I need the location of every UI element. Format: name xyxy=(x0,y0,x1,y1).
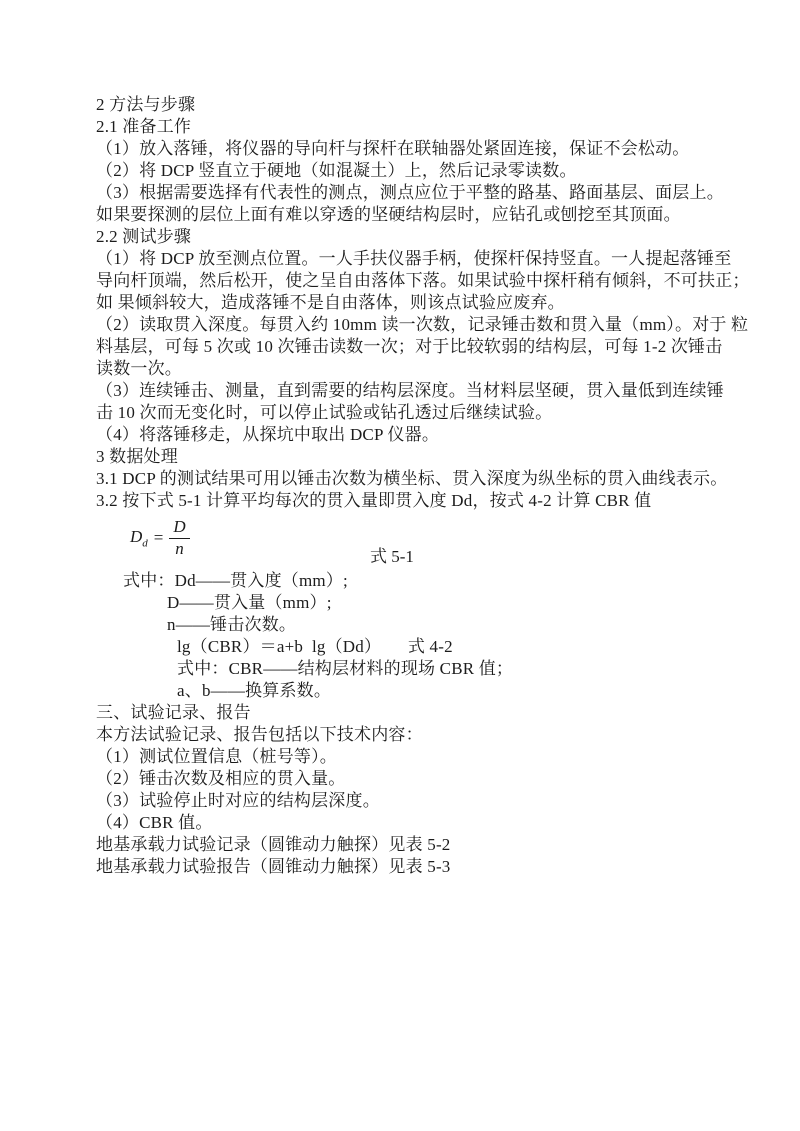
body-line: 式中：CBR——结构层材料的现场 CBR 值； xyxy=(96,658,724,680)
document-content: 2 方法与步骤 2.1 准备工作 （1）放入落锤，将仪器的导向杆与探杆在联轴器处… xyxy=(96,94,724,878)
body-line: 如果要探测的层位上面有难以穿透的坚硬结构层时，应钻孔或刨挖至其顶面。 xyxy=(96,204,724,226)
body-line: 如 果倾斜较大，造成落锤不是自由落体，则该点试验应废弃。 xyxy=(96,292,724,314)
body-line: a、b——换算系数。 xyxy=(96,680,724,702)
body-line: 本方法试验记录、报告包括以下技术内容： xyxy=(96,724,724,746)
body-line: （2）锤击次数及相应的贯入量。 xyxy=(96,768,724,790)
section-heading: 3 数据处理 xyxy=(96,446,724,468)
body-line: 击 10 次而无变化时，可以停止试验或钻孔透过后继续试验。 xyxy=(96,402,724,424)
body-line: 式中：Dd——贯入度（mm）; xyxy=(96,570,724,592)
equation-4-2-line: lg（CBR）＝a+b lg（Dd） 式 4-2 xyxy=(96,636,724,658)
body-line: （1）放入落锤，将仪器的导向杆与探杆在联轴器处紧固连接，保证不会松动。 xyxy=(96,138,724,160)
body-line: （2）将 DCP 竖直立于硬地（如混凝土）上，然后记录零读数。 xyxy=(96,160,724,182)
body-line: （4）将落锤移走，从探坑中取出 DCP 仪器。 xyxy=(96,424,724,446)
body-line: D——贯入量（mm）; xyxy=(96,592,724,614)
body-line: （1）将 DCP 放至测点位置。一人手扶仪器手柄，使探杆保持竖直。一人提起落锤至 xyxy=(96,248,724,270)
body-line: 地基承载力试验报告（圆锥动力触探）见表 5-3 xyxy=(96,856,724,878)
body-line: （3）试验停止时对应的结构层深度。 xyxy=(96,790,724,812)
body-line: 导向杆顶端，然后松开，使之呈自由落体下落。如果试验中探杆稍有倾斜，不可扶正； xyxy=(96,270,724,292)
body-line: （4）CBR 值。 xyxy=(96,812,724,834)
formula-lhs: Dd xyxy=(130,527,148,549)
body-line: 地基承载力试验记录（圆锥动力触探）见表 5-2 xyxy=(96,834,724,856)
section-heading: 三、试验记录、报告 xyxy=(96,702,724,724)
fraction-denominator: n xyxy=(175,539,184,559)
body-line: （1）测试位置信息（桩号等）。 xyxy=(96,746,724,768)
equals-sign: = xyxy=(154,528,164,548)
body-line: （2）读取贯入深度。每贯入约 10mm 读一次数，记录锤击数和贯入量（mm）。对… xyxy=(96,314,724,336)
document-page: 2 方法与步骤 2.1 准备工作 （1）放入落锤，将仪器的导向杆与探杆在联轴器处… xyxy=(0,0,800,1131)
body-line: 料基层，可每 5 次或 10 次锤击读数一次；对于比较软弱的结构层，可每 1-2… xyxy=(96,336,724,358)
section-heading: 2.2 测试步骤 xyxy=(96,226,724,248)
section-heading: 2.1 准备工作 xyxy=(96,116,724,138)
body-line: （3）根据需要选择有代表性的测点，测点应位于平整的路基、路面基层、面层上。 xyxy=(96,182,724,204)
body-line: n——锤击次数。 xyxy=(96,614,724,636)
fraction-numerator: D xyxy=(169,517,189,539)
body-line: 3.2 按下式 5-1 计算平均每次的贯入量即贯入度 Dd，按式 4-2 计算 … xyxy=(96,490,724,512)
fraction: Dn xyxy=(169,517,189,559)
body-line: 3.1 DCP 的测试结果可用以锤击次数为横坐标、贯入深度为纵坐标的贯入曲线表示… xyxy=(96,468,724,490)
body-line: （3）连续锤击、测量，直到需要的结构层深度。当材料层坚硬，贯入量低到连续锤 xyxy=(96,380,724,402)
equation-5-1-label: 式 5-1 xyxy=(370,542,414,567)
equation-5-1: Dd=Dn 式 5-1 xyxy=(96,516,724,568)
equation-5-1-math: Dd=Dn xyxy=(130,517,190,559)
body-line: 读数一次。 xyxy=(96,358,724,380)
section-heading: 2 方法与步骤 xyxy=(96,94,724,116)
